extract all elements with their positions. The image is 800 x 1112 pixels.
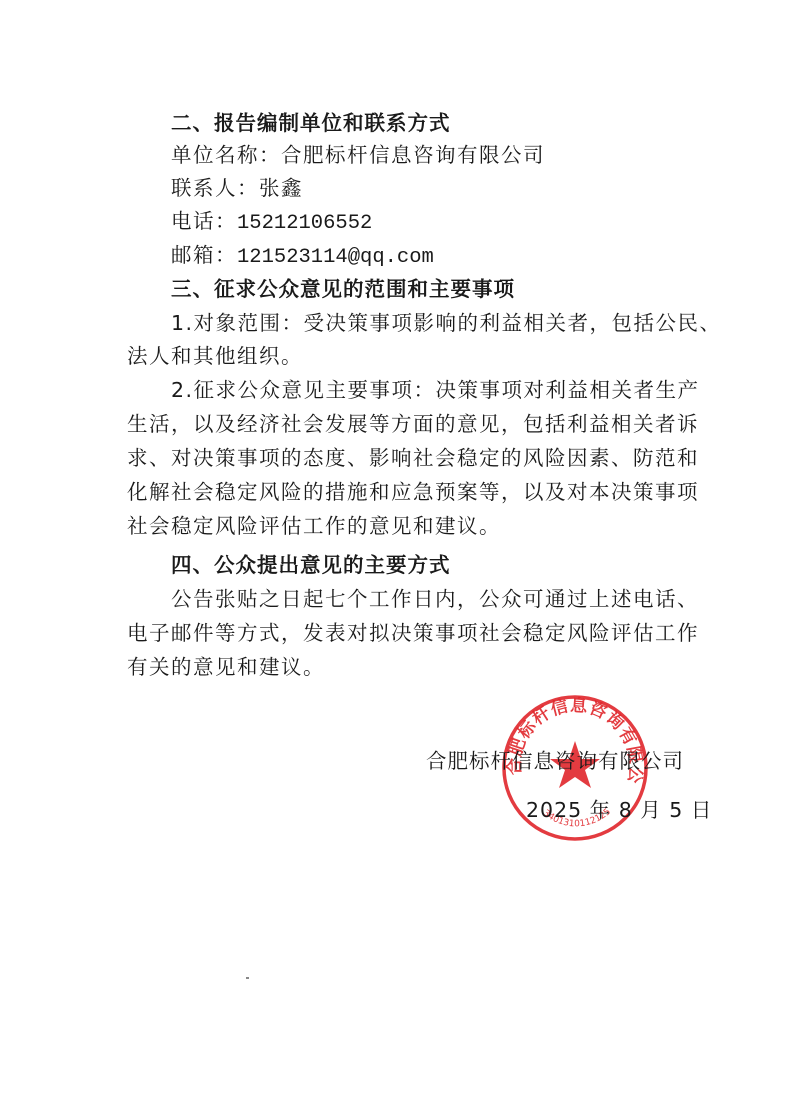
phone-row: 电话：15212106552 [171,206,372,239]
section-heading-methods: 四、公众提出意见的主要方式 [171,550,451,580]
scope-item2-line: 生活，以及经济社会发展等方面的意见，包括利益相关者诉 [127,409,699,439]
phone-value: 15212106552 [237,212,372,235]
email-row: 邮箱：121523114@qq.com [171,240,434,273]
scope-item2-line: 2.征求公众意见主要事项：决策事项对利益相关者生产 [171,375,700,405]
phone-label: 电话： [171,209,237,233]
scope-item2-line: 化解社会稳定风险的措施和应急预案等，以及对本决策事项 [127,477,699,507]
scope-item2-line: 社会稳定风险评估工作的意见和建议。 [127,511,501,541]
section-heading-scope: 三、征求公众意见的范围和主要事项 [171,274,515,304]
signature-date: 2025 年 8 月 5 日 [526,795,712,825]
contact-person-row: 联系人：张鑫 [171,173,303,203]
methods-body-line: 有关的意见和建议。 [127,652,325,682]
methods-body-line: 电子邮件等方式，发表对拟决策事项社会稳定风险评估工作 [127,618,699,648]
document-page: 二、报告编制单位和联系方式 单位名称：合肥标杆信息咨询有限公司 联系人：张鑫 电… [0,0,800,1112]
section-heading-contact: 二、报告编制单位和联系方式 [171,108,451,138]
email-value: 121523114@qq.com [237,246,434,269]
email-label: 邮箱： [171,243,237,267]
unit-name-label: 单位名称： [171,143,281,167]
scan-artifact [246,977,249,979]
scope-item2-line: 求、对决策事项的态度、影响社会稳定的风险因素、防范和 [127,443,699,473]
scope-item1-line: 法人和其他组织。 [127,341,303,371]
unit-name-value: 合肥标杆信息咨询有限公司 [281,143,545,167]
signature-company: 合肥标杆信息咨询有限公司 [426,746,684,776]
contact-person-label: 联系人： [171,176,259,200]
scope-item1-line: 1.对象范围：受决策事项影响的利益相关者，包括公民、 [171,308,722,338]
methods-body-line: 公告张贴之日起七个工作日内，公众可通过上述电话、 [171,584,699,614]
contact-person-value: 张鑫 [259,176,303,200]
unit-name-row: 单位名称：合肥标杆信息咨询有限公司 [171,140,545,170]
